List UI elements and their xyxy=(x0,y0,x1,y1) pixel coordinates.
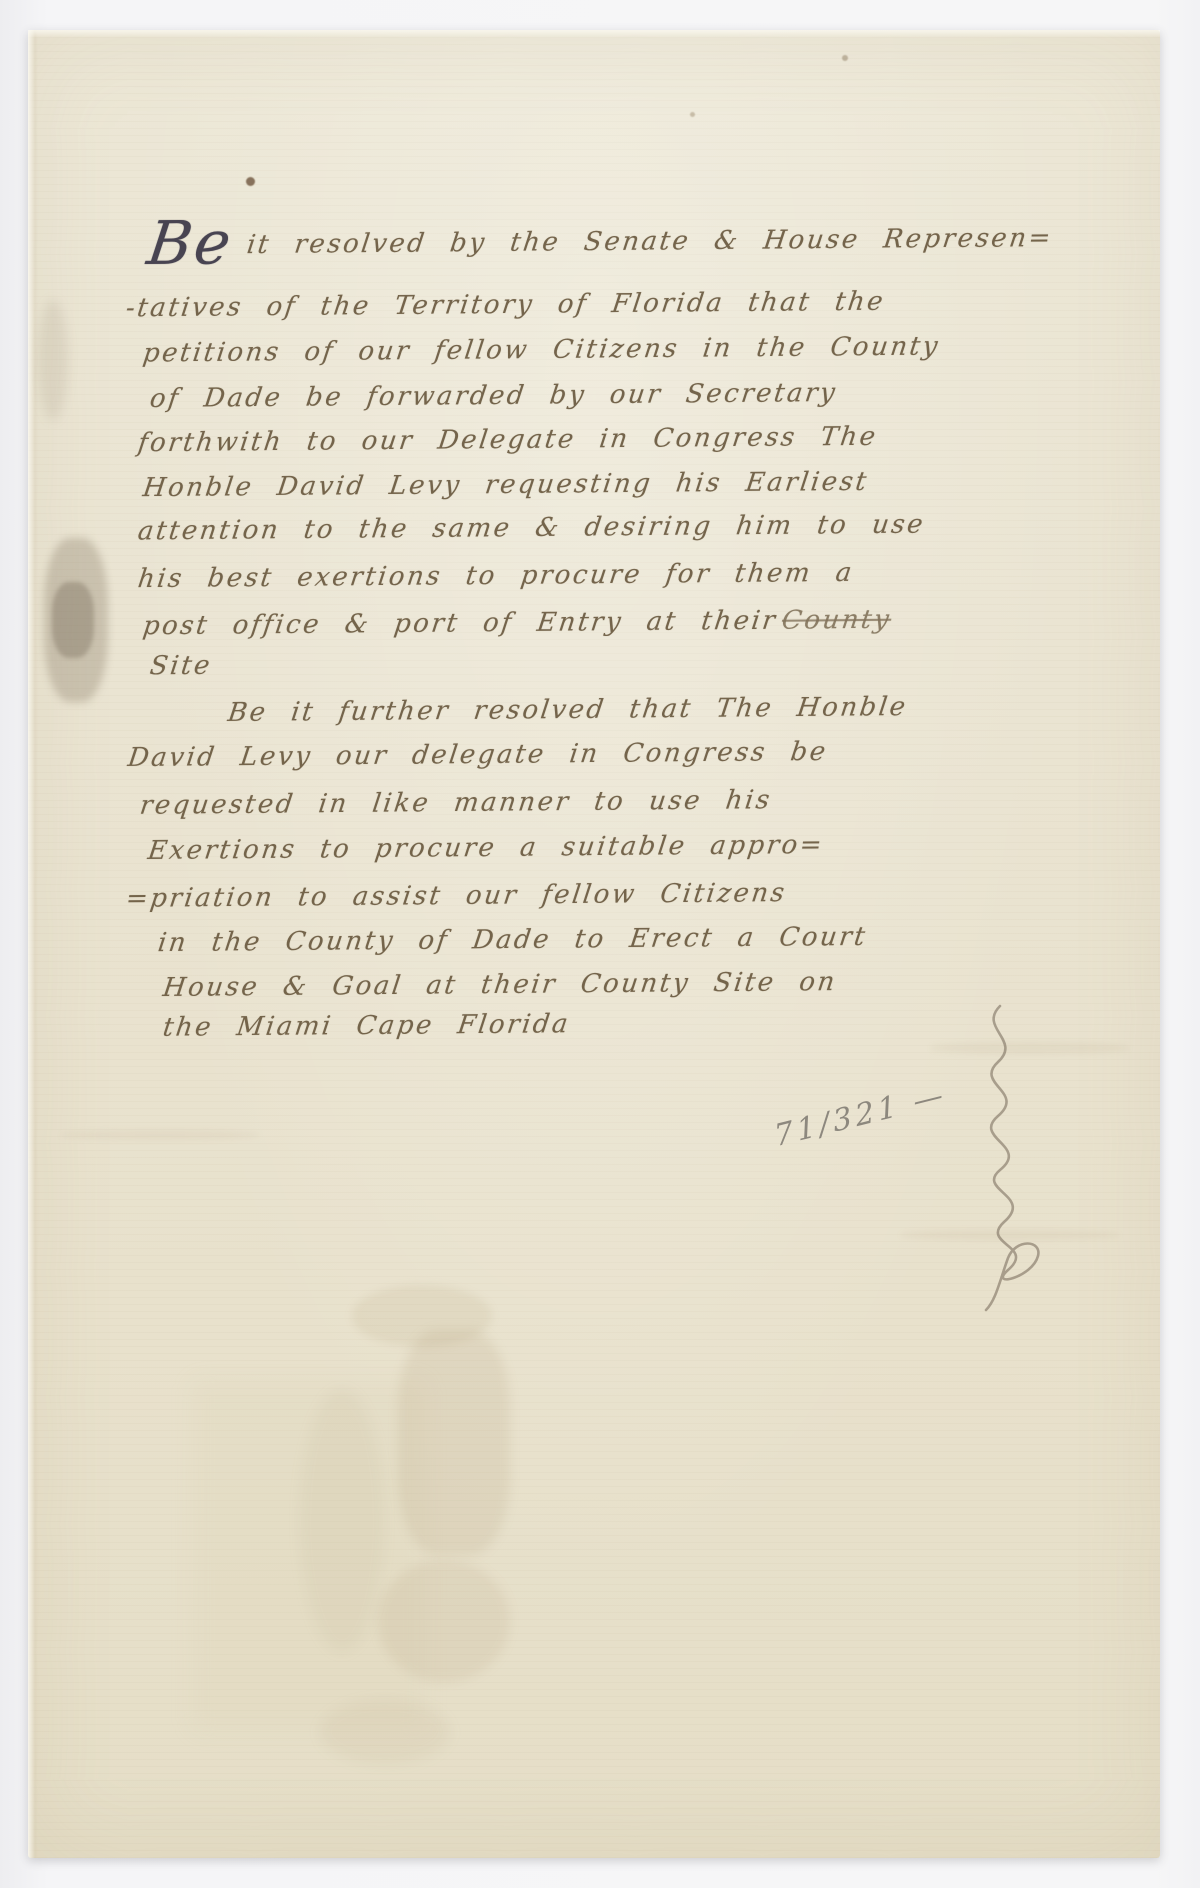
handwritten-text: post office & port of Entry at their xyxy=(141,606,779,642)
manuscript-line-9: post office & port of Entry at their Cou… xyxy=(143,605,892,642)
manuscript-line-6: Honble David Levy requesting his Earlies… xyxy=(143,467,869,503)
manuscript-line-16: in the County of Dade to Erect a Court xyxy=(158,922,867,958)
manuscript-line-7: attention to the same & desiring him to … xyxy=(138,510,925,547)
manuscript-line-3: petitions of our fellow Citizens in the … xyxy=(143,332,940,369)
manuscript-line-8: his best exertions to procure for them a xyxy=(138,558,854,594)
handwritten-text: Honble David Levy requesting his Earlies… xyxy=(141,467,870,503)
manuscript-line-18: the Miami Cape Florida xyxy=(163,1009,570,1043)
handwritten-text: Site xyxy=(148,651,214,682)
handwritten-text: House & Goal at their County Site on xyxy=(161,967,839,1003)
decorated-initial: Be xyxy=(143,208,237,279)
manuscript-line-17: House & Goal at their County Site on xyxy=(163,967,837,1003)
manuscript-line-15: =priation to assist our fellow Citizens xyxy=(126,878,787,914)
handwritten-text: -tatives of the Territory of Florida tha… xyxy=(124,287,887,324)
handwritten-text: Exertions to procure a suitable appro= xyxy=(146,830,826,866)
handwritten-text: the Miami Cape Florida xyxy=(161,1009,572,1043)
handwritten-text: it resolved by the Senate & House Repres… xyxy=(245,223,1055,260)
handwritten-text: of Dade be forwarded by our Secretary xyxy=(148,378,839,414)
manuscript-line-12: David Levy our delegate in Congress be xyxy=(128,737,828,773)
handwritten-text: in the County of Dade to Erect a Court xyxy=(156,922,869,958)
handwritten-text-layer: Beit resolved by the Senate & House Repr… xyxy=(0,0,1200,1888)
manuscript-line-2: -tatives of the Territory of Florida tha… xyxy=(126,287,885,324)
manuscript-line-11: Be it further resolved that The Honble xyxy=(228,692,908,728)
manuscript-line-14: Exertions to procure a suitable appro= xyxy=(148,830,824,866)
handwritten-text: Be it further resolved that The Honble xyxy=(226,692,909,728)
handwritten-text: David Levy our delegate in Congress be xyxy=(126,737,830,773)
handwritten-text: requested in like manner to use his xyxy=(138,785,774,821)
handwritten-text: forthwith to our Delegate in Congress Th… xyxy=(136,422,880,458)
manuscript-line-10: Site xyxy=(150,651,212,682)
manuscript-line-1: Beit resolved by the Senate & House Repr… xyxy=(148,201,1053,279)
manuscript-line-13: requested in like manner to use his xyxy=(140,785,772,821)
manuscript-line-4: of Dade be forwarded by our Secretary xyxy=(150,378,837,414)
struck-through-word: County xyxy=(780,605,893,636)
manuscript-line-5: forthwith to our Delegate in Congress Th… xyxy=(138,422,878,458)
vertical-ink-flourish xyxy=(938,1000,1050,1315)
handwritten-text: =priation to assist our fellow Citizens xyxy=(124,878,789,914)
handwritten-text: attention to the same & desiring him to … xyxy=(136,510,927,547)
handwritten-text: his best exertions to procure for them a xyxy=(136,558,856,594)
handwritten-text: petitions of our fellow Citizens in the … xyxy=(141,332,942,369)
